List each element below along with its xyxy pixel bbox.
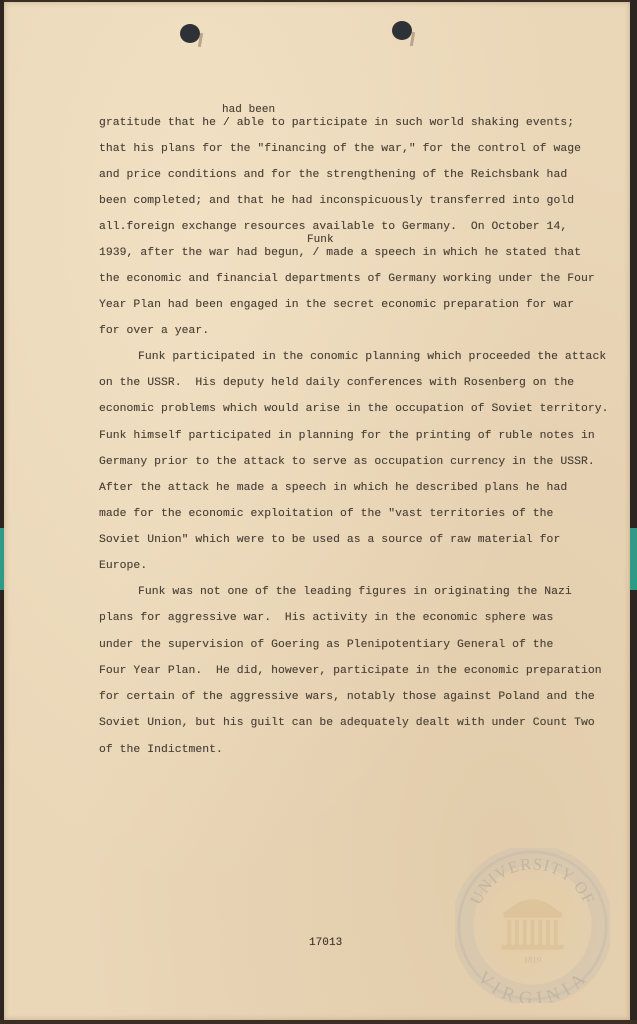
text-line: 1939, after the war had begun, / made a … (99, 247, 581, 259)
binder-tab-right (630, 528, 637, 590)
text-line: been completed; and that he had inconspi… (99, 195, 574, 207)
text-line: After the attack he made a speech in whi… (99, 482, 567, 494)
text-line: on the USSR. His deputy held daily confe… (99, 377, 574, 389)
text-line: Europe. (99, 560, 147, 572)
text-line: all.foreign exchange resources available… (99, 221, 567, 233)
text-line: economic problems which would arise in t… (99, 403, 609, 415)
handwritten-insertion: Funk (307, 234, 334, 246)
text-line: under the supervision of Goering as Plen… (99, 639, 553, 651)
text-line: Funk himself participated in planning fo… (99, 430, 595, 442)
text-line: for certain of the aggressive wars, nota… (99, 691, 595, 703)
text-line: Year Plan had been engaged in the secret… (99, 299, 574, 311)
text-line: Funk participated in the conomic plannin… (138, 351, 606, 363)
page-number: 17013 (309, 937, 342, 949)
text-line: Four Year Plan. He did, however, partici… (99, 665, 602, 677)
handwritten-insertion: had been (222, 104, 275, 116)
svg-text:1819: 1819 (524, 954, 541, 964)
scan-border-bottom (0, 1020, 637, 1024)
text-line: plans for aggressive war. His activity i… (99, 612, 553, 624)
text-line: of the Indictment. (99, 744, 223, 756)
text-line: made for the economic exploitation of th… (99, 508, 553, 520)
text-line: that his plans for the "financing of the… (99, 143, 581, 155)
text-line: and price conditions and for the strengt… (99, 169, 567, 181)
punch-hole-icon (180, 24, 200, 43)
text-line: gratitude that he / able to participate … (99, 117, 574, 129)
text-line: Funk was not one of the leading figures … (138, 586, 572, 598)
punch-hole-icon (392, 21, 412, 40)
text-line: Germany prior to the attack to serve as … (99, 456, 595, 468)
text-line: Soviet Union, but his guilt can be adequ… (99, 717, 595, 729)
scan-border-right (630, 0, 637, 1024)
university-seal-watermark-icon: UNIVERSITY OF VIRGINIA 1819 (455, 848, 610, 1003)
text-line: the economic and financial departments o… (99, 273, 595, 285)
text-line: Soviet Union" which were to be used as a… (99, 534, 560, 546)
text-line: for over a year. (99, 325, 209, 337)
